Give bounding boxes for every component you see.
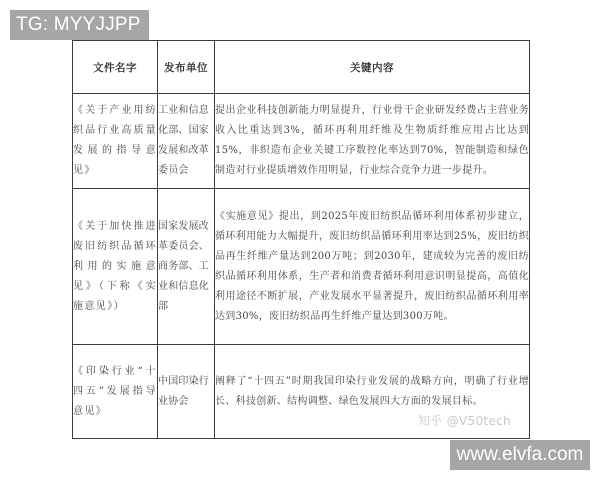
zhihu-watermark: 知乎 @V50tech	[418, 412, 511, 429]
cell-publisher: 工业和信息化部、国家发展和改革委员会	[158, 94, 215, 189]
cell-document-name: 《关于加快推进废旧纺织品循环利用的实施意见》（下称《实施意见》）	[73, 189, 158, 345]
cell-key-content: 提出企业科技创新能力明显提升，行业骨干企业研发经费占主营业务收入比重达到3%，循…	[215, 94, 530, 189]
cell-publisher: 中国印染行业协会	[158, 345, 215, 439]
top-watermark-tag: TG: MYYJJPP	[10, 10, 149, 40]
table-row: 《关于加快推进废旧纺织品循环利用的实施意见》（下称《实施意见》） 国家发展改革委…	[73, 189, 530, 345]
cell-key-content: 《实施意见》提出，到2025年废旧纺织品循环利用体系初步建立，循环利用能力大幅提…	[215, 189, 530, 345]
header-publisher: 发布单位	[158, 41, 215, 94]
cell-document-name: 《关于产业用纺织品行业高质量发展的指导意见》	[73, 94, 158, 189]
cell-publisher: 国家发展改革委员会、商务部、工业和信息化部	[158, 189, 215, 345]
header-document-name: 文件名字	[73, 41, 158, 94]
policy-table: 文件名字 发布单位 关键内容 《关于产业用纺织品行业高质量发展的指导意见》 工业…	[72, 40, 530, 439]
bottom-watermark-tag: www.elvfa.com	[450, 440, 590, 470]
cell-document-name: 《印染行业“十四五”发展指导意见》	[73, 345, 158, 439]
header-key-content: 关键内容	[215, 41, 530, 94]
table-row: 《关于产业用纺织品行业高质量发展的指导意见》 工业和信息化部、国家发展和改革委员…	[73, 94, 530, 189]
table-header-row: 文件名字 发布单位 关键内容	[73, 41, 530, 94]
